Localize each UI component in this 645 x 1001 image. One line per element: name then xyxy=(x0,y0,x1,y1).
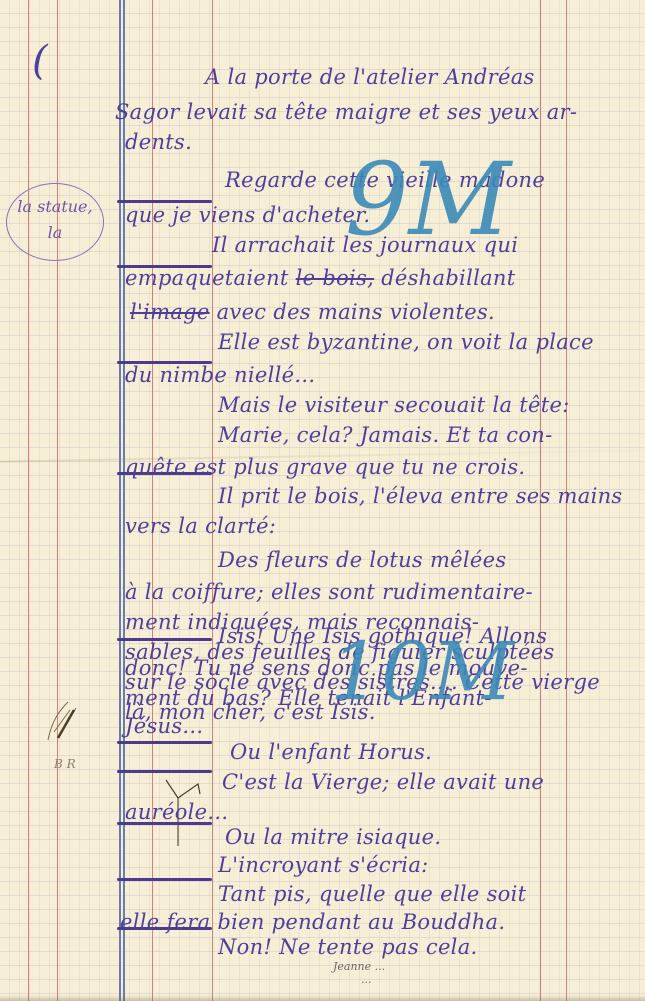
signature-line2: ... xyxy=(333,973,385,986)
text-line: Mais le visiteur secouait la tête: xyxy=(218,393,570,417)
blue-mark-10m: 10M xyxy=(330,632,514,712)
text-line: l'image avec des mains violentes. xyxy=(130,300,495,324)
signature-line1: Jeanne ... xyxy=(333,960,385,973)
text-segment: empaquetaient xyxy=(125,266,289,290)
margin-rule-red xyxy=(28,0,29,1001)
text-segment: avec des mains violentes. xyxy=(217,300,495,324)
text-line: du nimbe niellé... xyxy=(125,363,315,387)
margin-rule-red xyxy=(212,0,213,1001)
pencil-sketch-icon: B R xyxy=(40,680,90,790)
text-line: Sagor levait sa tête maigre et ses yeux … xyxy=(115,100,577,124)
text-line: à la coiffure; elles sont rudimentaire- xyxy=(125,580,533,604)
text-line: L'incroyant s'écria: xyxy=(218,853,429,877)
circled-margin-note: la statue, la xyxy=(6,183,104,261)
svg-text:B R: B R xyxy=(53,757,76,771)
text-line: Jésus... xyxy=(125,714,203,738)
text-line: A la porte de l'atelier Andréas xyxy=(205,65,535,89)
text-line: elle fera bien pendant au Bouddha. xyxy=(120,910,505,934)
margin-rule-red xyxy=(57,0,58,1001)
manuscript-page: ( la statue, la B R A la porte de l'atel… xyxy=(0,0,645,1001)
text-line: Il prit le bois, l'éleva entre ses mains xyxy=(218,484,623,508)
margin-bracket: ( xyxy=(32,38,48,84)
struck-text: le bois, xyxy=(296,266,374,290)
text-line: dents. xyxy=(125,130,192,154)
margin-note-line2: la xyxy=(7,220,103,246)
paragraph-rule xyxy=(117,878,212,881)
text-line: Des fleurs de lotus mêlées xyxy=(218,548,506,572)
text-segment: déshabillant xyxy=(381,266,515,290)
text-line: que je viens d'acheter. xyxy=(125,203,370,227)
text-line: empaquetaient le bois, déshabillant xyxy=(125,266,516,290)
text-line: quête est plus grave que tu ne crois. xyxy=(125,455,525,479)
paragraph-rule xyxy=(117,770,212,773)
pencil-signature: Jeanne ... ... xyxy=(333,960,385,986)
paragraph-rule xyxy=(117,741,212,744)
paper-edge xyxy=(0,995,645,1001)
margin-note-line1: la statue, xyxy=(7,194,103,220)
text-line: Non! Ne tente pas cela. xyxy=(218,935,477,959)
struck-text: l'image xyxy=(130,300,210,324)
blue-mark-9m: 9M xyxy=(345,150,511,250)
text-line: Tant pis, quelle que elle soit xyxy=(218,882,526,906)
text-line: auréole... xyxy=(125,800,228,824)
text-line: Ou l'enfant Horus. xyxy=(230,740,432,764)
margin-rule-blue xyxy=(119,0,121,1001)
text-line: Marie, cela? Jamais. Et ta con- xyxy=(218,423,553,447)
text-line: Elle est byzantine, on voit la place xyxy=(218,330,594,354)
text-line: Ou la mitre isiaque. xyxy=(225,825,441,849)
text-line: C'est la Vierge; elle avait une xyxy=(222,770,544,794)
text-line: vers la clarté: xyxy=(125,514,276,538)
